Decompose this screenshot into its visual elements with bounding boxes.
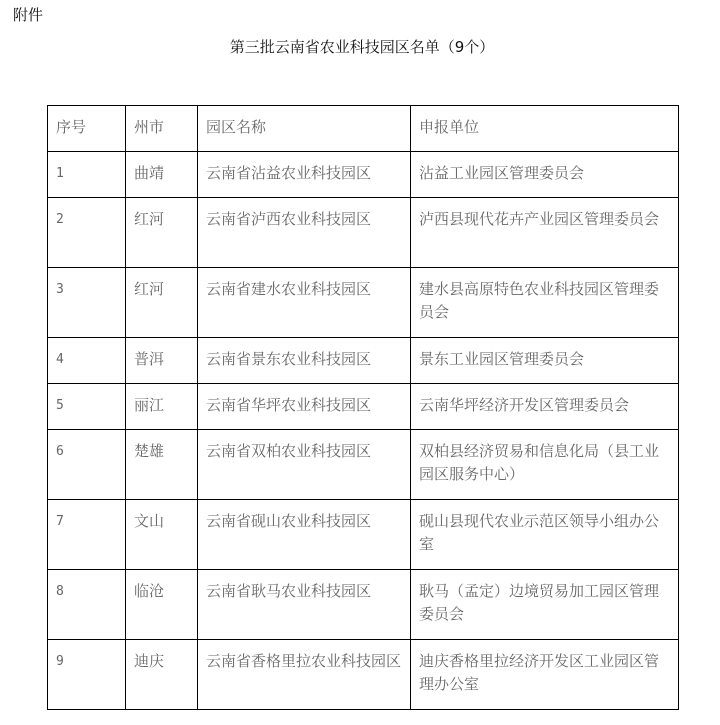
- table-row: 9 迪庆 云南省香格里拉农业科技园区 迪庆香格里拉经济开发区工业园区管理办公室: [48, 640, 679, 710]
- cell-unit: 沾益工业园区管理委员会: [411, 152, 679, 198]
- table-row: 2 红河 云南省泸西农业科技园区 泸西县现代花卉产业园区管理委员会: [48, 198, 679, 268]
- cell-no: 3: [48, 268, 126, 338]
- cell-park: 云南省华坪农业科技园区: [198, 384, 411, 430]
- document-title: 第三批云南省农业科技园区名单（9个）: [0, 37, 720, 57]
- table-row: 6 楚雄 云南省双柏农业科技园区 双柏县经济贸易和信息化局（县工业园区服务中心）: [48, 430, 679, 500]
- cell-no: 9: [48, 640, 126, 710]
- cell-no: 8: [48, 570, 126, 640]
- cell-no: 5: [48, 384, 126, 430]
- table-header-row: 序号 州市 园区名称 申报单位: [48, 106, 679, 152]
- table-row: 5 丽江 云南省华坪农业科技园区 云南华坪经济开发区管理委员会: [48, 384, 679, 430]
- cell-city: 丽江: [126, 384, 198, 430]
- column-header-city: 州市: [126, 106, 198, 152]
- park-list-table: 序号 州市 园区名称 申报单位 1 曲靖 云南省沾益农业科技园区 沾益工业园区管…: [47, 105, 679, 710]
- cell-city: 普洱: [126, 338, 198, 384]
- cell-unit: 砚山县现代农业示范区领导小组办公室: [411, 500, 679, 570]
- cell-no: 7: [48, 500, 126, 570]
- table-row: 7 文山 云南省砚山农业科技园区 砚山县现代农业示范区领导小组办公室: [48, 500, 679, 570]
- column-header-unit: 申报单位: [411, 106, 679, 152]
- attachment-label: 附件: [13, 5, 43, 25]
- cell-unit: 建水县高原特色农业科技园区管理委员会: [411, 268, 679, 338]
- table-row: 1 曲靖 云南省沾益农业科技园区 沾益工业园区管理委员会: [48, 152, 679, 198]
- cell-city: 楚雄: [126, 430, 198, 500]
- cell-city: 曲靖: [126, 152, 198, 198]
- cell-park: 云南省沾益农业科技园区: [198, 152, 411, 198]
- cell-city: 红河: [126, 198, 198, 268]
- table-row: 8 临沧 云南省耿马农业科技园区 耿马（孟定）边境贸易加工园区管理委员会: [48, 570, 679, 640]
- cell-unit: 泸西县现代花卉产业园区管理委员会: [411, 198, 679, 268]
- cell-city: 文山: [126, 500, 198, 570]
- cell-park: 云南省景东农业科技园区: [198, 338, 411, 384]
- cell-park: 云南省砚山农业科技园区: [198, 500, 411, 570]
- cell-unit: 云南华坪经济开发区管理委员会: [411, 384, 679, 430]
- cell-city: 红河: [126, 268, 198, 338]
- cell-park: 云南省香格里拉农业科技园区: [198, 640, 411, 710]
- cell-city: 迪庆: [126, 640, 198, 710]
- cell-no: 2: [48, 198, 126, 268]
- column-header-park: 园区名称: [198, 106, 411, 152]
- cell-park: 云南省耿马农业科技园区: [198, 570, 411, 640]
- cell-city: 临沧: [126, 570, 198, 640]
- column-header-no: 序号: [48, 106, 126, 152]
- cell-unit: 景东工业园区管理委员会: [411, 338, 679, 384]
- table-row: 3 红河 云南省建水农业科技园区 建水县高原特色农业科技园区管理委员会: [48, 268, 679, 338]
- cell-unit: 迪庆香格里拉经济开发区工业园区管理办公室: [411, 640, 679, 710]
- cell-park: 云南省泸西农业科技园区: [198, 198, 411, 268]
- cell-no: 1: [48, 152, 126, 198]
- cell-park: 云南省建水农业科技园区: [198, 268, 411, 338]
- table-row: 4 普洱 云南省景东农业科技园区 景东工业园区管理委员会: [48, 338, 679, 384]
- cell-park: 云南省双柏农业科技园区: [198, 430, 411, 500]
- cell-unit: 耿马（孟定）边境贸易加工园区管理委员会: [411, 570, 679, 640]
- cell-no: 4: [48, 338, 126, 384]
- cell-unit: 双柏县经济贸易和信息化局（县工业园区服务中心）: [411, 430, 679, 500]
- cell-no: 6: [48, 430, 126, 500]
